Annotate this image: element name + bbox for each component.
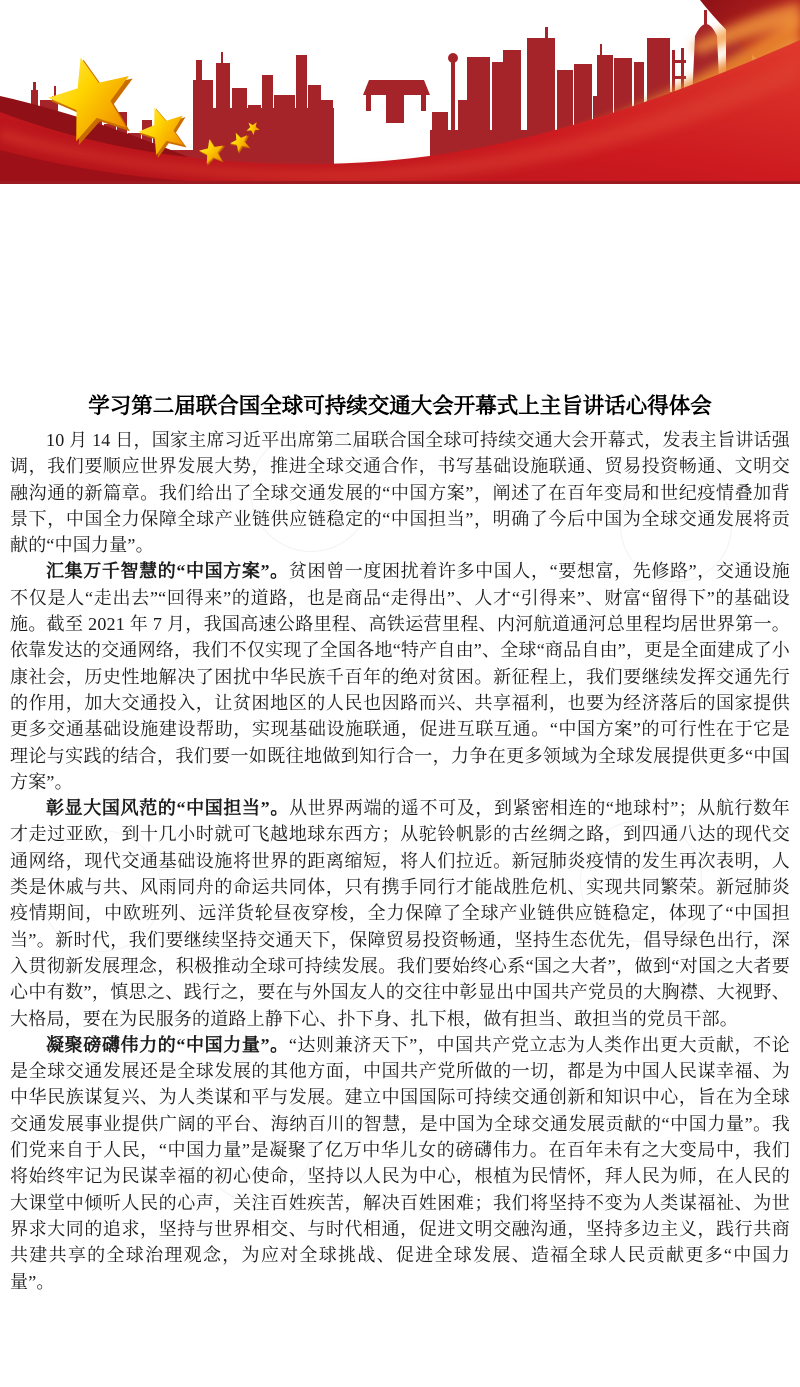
paragraph-text: 从世界两端的遥不可及，到紧密相连的“地球村”；从航行数年才走过亚欧，到十几小时就… (10, 798, 790, 1028)
paragraph-lead: 汇集万千智慧的“中国方案”。 (46, 561, 289, 581)
paragraph-china-strength: 凝聚磅礴伟力的“中国力量”。“达则兼济天下”，中国共产党立志为人类作出更大贡献，… (10, 1032, 790, 1295)
paragraph-text: “达则兼济天下”，中国共产党立志为人类作出更大贡献，不论是全球交通发展还是全球发… (10, 1035, 790, 1292)
document-body: 学习第二届联合国全球可持续交通大会开幕式上主旨讲话心得体会 10 月 14 日，… (0, 393, 800, 1295)
paragraph-text: 10 月 14 日，国家主席习近平出席第二届联合国全球可持续交通大会开幕式，发表… (10, 430, 790, 555)
paragraph-intro: 10 月 14 日，国家主席习近平出席第二届联合国全球可持续交通大会开幕式，发表… (10, 427, 790, 558)
paragraph-text: 贫困曾一度困扰着许多中国人，“要想富，先修路”，交通设施不仅是人“走出去”“回得… (10, 561, 790, 791)
banner-artwork (0, 0, 800, 184)
document-page: 学习第二届联合国全球可持续交通大会开幕式上主旨讲话心得体会 10 月 14 日，… (0, 0, 800, 1387)
paragraph-lead: 彰显大国风范的“中国担当”。 (46, 798, 289, 818)
paragraph-china-responsibility: 彰显大国风范的“中国担当”。从世界两端的遥不可及，到紧密相连的“地球村”；从航行… (10, 795, 790, 1032)
paragraph-china-plan: 汇集万千智慧的“中国方案”。贫困曾一度困扰着许多中国人，“要想富，先修路”，交通… (10, 558, 790, 795)
pavilion-silhouette (363, 80, 430, 123)
paragraph-lead: 凝聚磅礴伟力的“中国力量”。 (46, 1035, 289, 1055)
document-title: 学习第二届联合国全球可持续交通大会开幕式上主旨讲话心得体会 (10, 393, 790, 420)
banner-bottom-rule (0, 181, 800, 184)
